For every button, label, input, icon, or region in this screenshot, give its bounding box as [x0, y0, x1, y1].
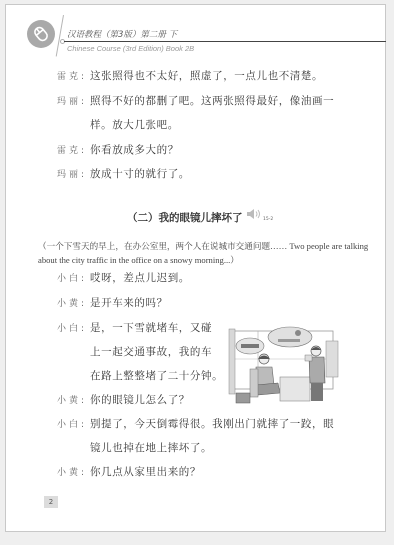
dialogue-line: 小白:是，一下雪就堵车，又碰 — [57, 320, 212, 335]
speaker-label: 小黄: — [57, 465, 90, 478]
dialogue-line: 小黄:是开车来的吗？ — [57, 295, 168, 310]
dialogue-line: 雷克:你看放成多大的？ — [57, 142, 179, 157]
dialogue-line: 小黄:你的眼镜儿怎么了？ — [57, 392, 190, 407]
dialogue-line: 雷克:这张照得也不太好，照虚了，一点儿也不清楚。 — [57, 68, 323, 83]
speaker-label: 玛丽: — [57, 94, 90, 107]
dialogue-line: 玛丽:放成十寸的就行了。 — [57, 166, 190, 181]
dialogue-text: 放成十寸的就行了。 — [90, 168, 190, 180]
speaker-audio-icon[interactable] — [246, 208, 262, 220]
dialogue-text: 这张照得也不太好，照虚了，一点儿也不清楚。 — [90, 70, 323, 82]
dialogue-line: 玛丽:照得不好的都删了吧。这两张照得最好，像油画一 — [57, 93, 334, 108]
speaker-label: 小白: — [57, 271, 90, 284]
dialogue-continuation: 上一起交通事故，我的车 — [90, 344, 212, 359]
dialogue-line: 小黄:你几点从家里出来的？ — [57, 464, 201, 479]
dialogue-line: 小白:别提了，今天倒霉得很。我刚出门就摔了一跤，眼 — [57, 416, 334, 431]
mouse-icon — [31, 24, 51, 44]
dialogue-text: 你看放成多大的？ — [90, 144, 179, 156]
speaker-label: 雷克: — [57, 143, 90, 156]
dialogue-continuation: 样。放大几张吧。 — [90, 117, 179, 132]
page-number: 2 — [44, 496, 58, 508]
dialogue-text: 你的眼镜儿怎么了？ — [90, 394, 190, 406]
speaker-label: 小白: — [57, 321, 90, 334]
dialogue-continuation: 镜儿也掉在地上摔坏了。 — [90, 440, 212, 455]
speaker-label: 雷克: — [57, 69, 90, 82]
track-number: 15-2 — [263, 217, 273, 222]
scene-context: （一个下雪天的早上，在办公室里，两个人在说城市交通问题…… Two people… — [38, 239, 378, 267]
dialogue-line: 小白:哎呀，差点儿迟到。 — [57, 270, 190, 285]
speaker-label: 小黄: — [57, 296, 90, 309]
speaker-label: 小白: — [57, 417, 90, 430]
header-rule — [64, 41, 386, 42]
dialogue-text: 是开车来的吗？ — [90, 297, 168, 309]
book-subtitle: Chinese Course (3rd Edition) Book 2B — [67, 44, 194, 53]
header-badge — [27, 20, 55, 48]
dialogue-text: 是，一下雪就堵车，又碰 — [90, 322, 212, 334]
dialogue-text: 你几点从家里出来的？ — [90, 466, 201, 478]
book-page: 汉语教程（第3版）第二册 下 Chinese Course (3rd Editi… — [5, 4, 386, 532]
office-scene-illustration — [228, 319, 341, 405]
dialogue-continuation: 在路上整整堵了二十分钟。 — [90, 368, 223, 383]
dialogue-text: 别提了，今天倒霉得很。我刚出门就摔了一跤，眼 — [90, 418, 334, 430]
dialogue-text: 哎呀，差点儿迟到。 — [90, 272, 190, 284]
book-title: 汉语教程（第3版）第二册 下 — [67, 28, 177, 40]
speaker-label: 玛丽: — [57, 167, 90, 180]
section-title: （二）我的眼镜儿摔坏了 — [127, 210, 243, 225]
dialogue-text: 照得不好的都删了吧。这两张照得最好，像油画一 — [90, 95, 334, 107]
header-divider — [56, 15, 64, 57]
speaker-label: 小黄: — [57, 393, 90, 406]
